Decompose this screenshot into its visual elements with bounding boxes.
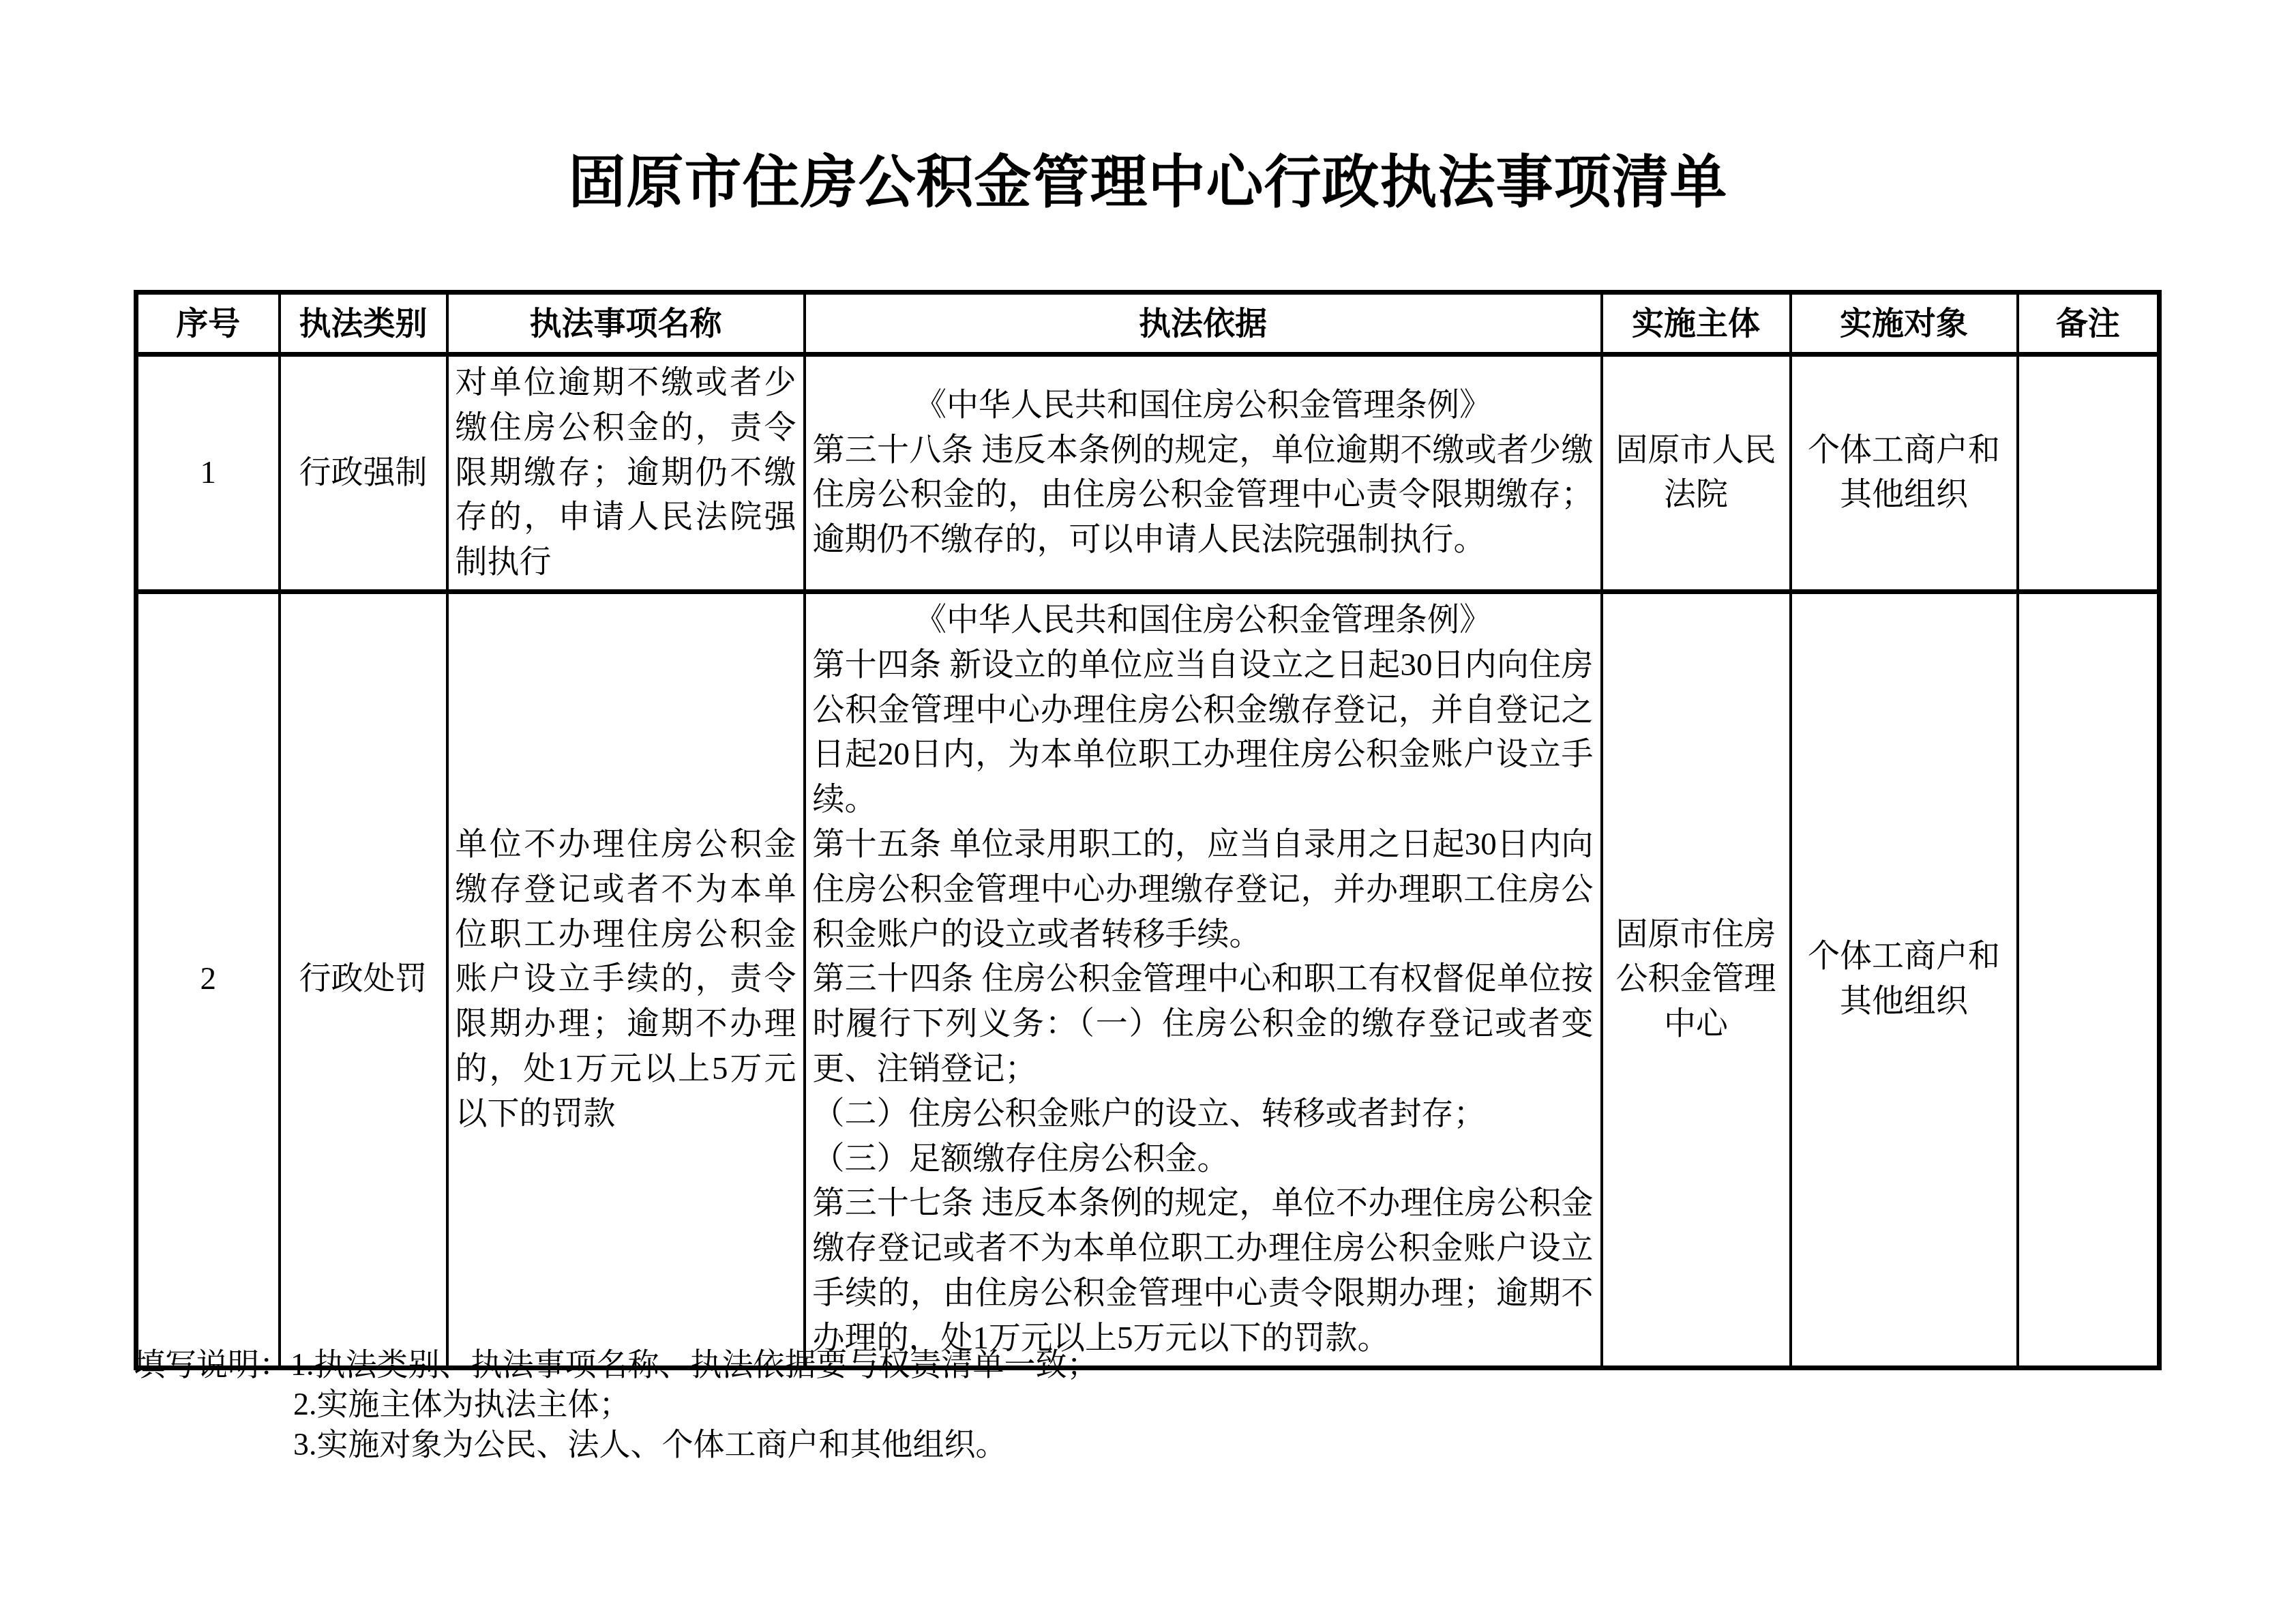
basis-regulation-body: 第十四条 新设立的单位应当自设立之日起30日内向住房公积金管理中心办理住房公积金… bbox=[813, 643, 1594, 1361]
col-header-category: 执法类别 bbox=[280, 293, 447, 355]
note-item-1: 1.执法类别、执法事项名称、执法依据要与权责清单一致； bbox=[290, 1345, 1099, 1385]
basis-regulation-title: 《中华人民共和国住房公积金管理条例》 bbox=[813, 598, 1594, 643]
table-header-row: 序号 执法类别 执法事项名称 执法依据 实施主体 实施对象 备注 bbox=[136, 293, 2160, 355]
cell-category: 行政强制 bbox=[280, 355, 447, 592]
table-row: 1 行政强制 对单位逾期不缴或者少缴住房公积金的，责令限期缴存；逾期仍不缴存的，… bbox=[136, 355, 2160, 592]
cell-subject: 固原市住房公积金管理中心 bbox=[1602, 591, 1791, 1368]
col-header-subject: 实施主体 bbox=[1602, 293, 1791, 355]
cell-remark bbox=[2018, 591, 2160, 1368]
cell-seq: 2 bbox=[136, 591, 280, 1368]
cell-target: 个体工商户和其他组织 bbox=[1791, 591, 2018, 1368]
cell-seq: 1 bbox=[136, 355, 280, 592]
col-header-item-name: 执法事项名称 bbox=[447, 293, 805, 355]
cell-item-name: 单位不办理住房公积金缴存登记或者不为本单位职工办理住房公积金账户设立手续的，责令… bbox=[447, 591, 805, 1368]
cell-remark bbox=[2018, 355, 2160, 592]
enforcement-items-table: 序号 执法类别 执法事项名称 执法依据 实施主体 实施对象 备注 1 行政强制 … bbox=[134, 290, 2162, 1370]
basis-regulation-title: 《中华人民共和国住房公积金管理条例》 bbox=[813, 383, 1594, 428]
note-label: 填写说明： bbox=[134, 1345, 290, 1385]
col-header-basis: 执法依据 bbox=[805, 293, 1602, 355]
cell-target: 个体工商户和其他组织 bbox=[1791, 355, 2018, 592]
cell-subject: 固原市人民法院 bbox=[1602, 355, 1791, 592]
col-header-remark: 备注 bbox=[2018, 293, 2160, 355]
cell-basis: 《中华人民共和国住房公积金管理条例》 第十四条 新设立的单位应当自设立之日起30… bbox=[805, 591, 1602, 1368]
page-title: 固原市住房公积金管理中心行政执法事项清单 bbox=[0, 136, 2296, 219]
cell-basis: 《中华人民共和国住房公积金管理条例》 第三十八条 违反本条例的规定，单位逾期不缴… bbox=[805, 355, 1602, 592]
fill-instructions: 填写说明： 1.执法类别、执法事项名称、执法依据要与权责清单一致； 2.实施主体… bbox=[134, 1345, 2111, 1464]
note-item-2: 2.实施主体为执法主体； bbox=[293, 1385, 2111, 1424]
document-page: 固原市住房公积金管理中心行政执法事项清单 序号 执法类别 执法事项名称 执法依据… bbox=[0, 0, 2296, 1624]
cell-item-name: 对单位逾期不缴或者少缴住房公积金的，责令限期缴存；逾期仍不缴存的，申请人民法院强… bbox=[447, 355, 805, 592]
col-header-target: 实施对象 bbox=[1791, 293, 2018, 355]
basis-regulation-body: 第三十八条 违反本条例的规定，单位逾期不缴或者少缴住房公积金的，由住房公积金管理… bbox=[813, 428, 1594, 563]
table-row: 2 行政处罚 单位不办理住房公积金缴存登记或者不为本单位职工办理住房公积金账户设… bbox=[136, 591, 2160, 1368]
note-line: 填写说明： 1.执法类别、执法事项名称、执法依据要与权责清单一致； bbox=[134, 1345, 2111, 1385]
cell-category: 行政处罚 bbox=[280, 591, 447, 1368]
col-header-seq: 序号 bbox=[136, 293, 280, 355]
note-item-3: 3.实施对象为公民、法人、个体工商户和其他组织。 bbox=[293, 1425, 2111, 1464]
